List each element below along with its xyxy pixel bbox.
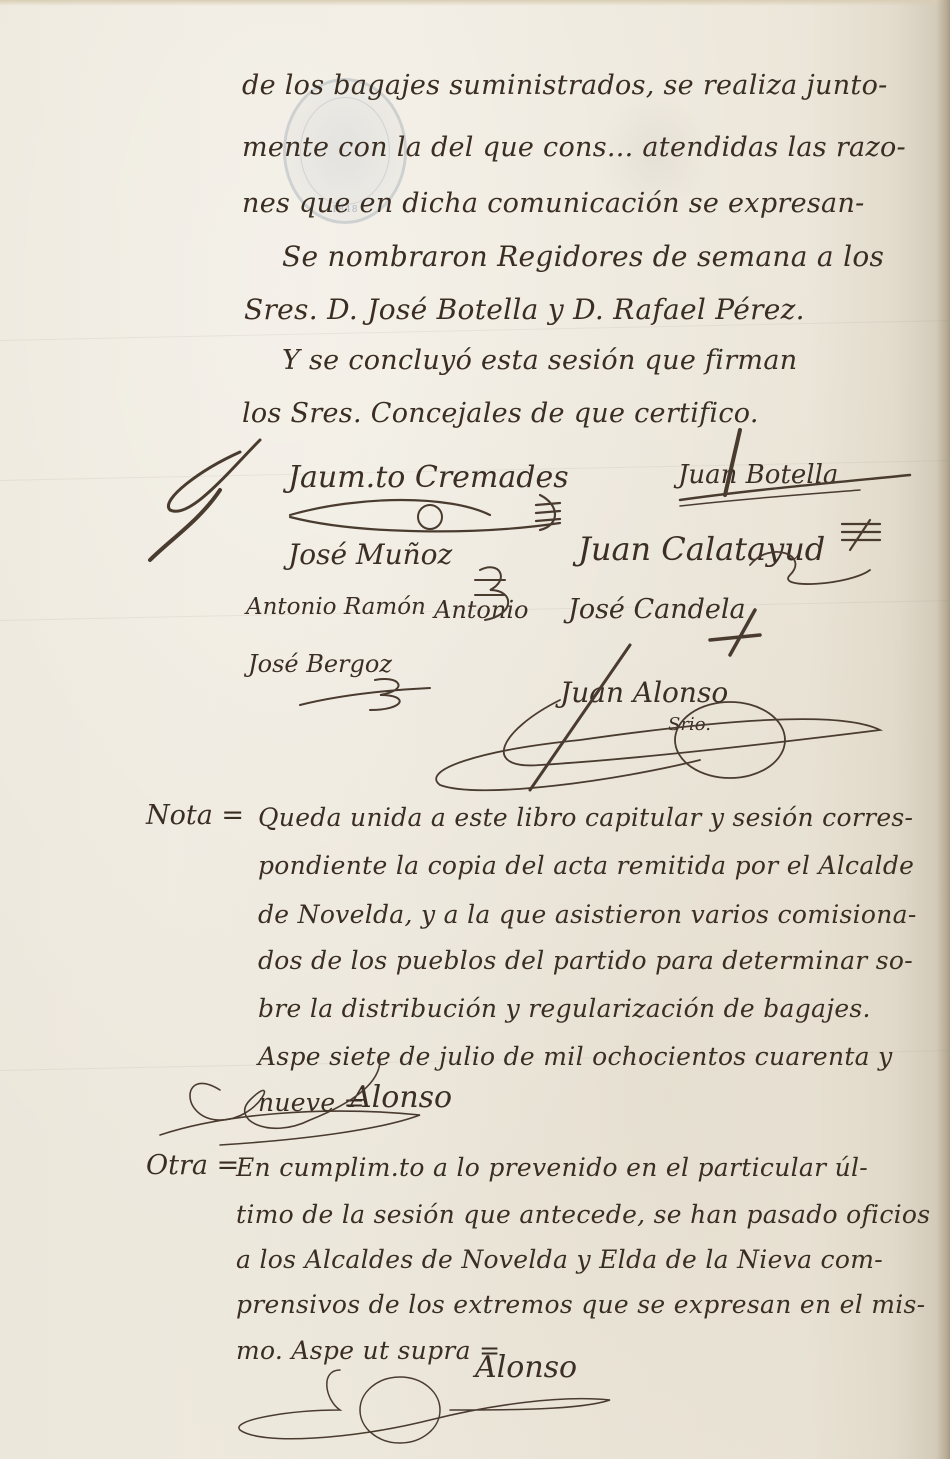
rubric-flourish-icon bbox=[460, 560, 540, 630]
body-line: Y se concluyó esta sesión que firman bbox=[282, 345, 797, 376]
rubric-flourish-icon bbox=[660, 420, 920, 510]
note-line: prensivos de los extremos que se expresa… bbox=[236, 1290, 925, 1319]
signature-flourish-icon bbox=[160, 1060, 460, 1150]
note-line: pondiente la copia del acta remitida por… bbox=[258, 851, 914, 880]
body-line: Se nombraron Regidores de semana a los bbox=[282, 240, 884, 273]
body-line: Sres. D. José Botella y D. Rafael Pérez. bbox=[244, 293, 805, 326]
rubric-flourish-icon bbox=[300, 660, 440, 720]
manuscript-page: 1848 de los bagajes suministrados, se re… bbox=[0, 0, 950, 1459]
note-line: a los Alcaldes de Novelda y Elda de la N… bbox=[236, 1245, 883, 1274]
rubric-flourish-icon bbox=[240, 495, 570, 545]
body-line: de los bagajes suministrados, se realiza… bbox=[242, 70, 888, 101]
note-line: dos de los pueblos del partido para dete… bbox=[258, 946, 913, 975]
body-line: mente con la del que cons... atendidas l… bbox=[242, 132, 906, 163]
margin-label-otra: Otra = bbox=[146, 1150, 239, 1181]
note-line: bre la distribución y regularización de … bbox=[258, 994, 871, 1023]
note-line: En cumplim.to a lo prevenido en el parti… bbox=[236, 1153, 868, 1182]
note-line: timo de la sesión que antecede, se han p… bbox=[236, 1200, 930, 1229]
signature-flourish-icon bbox=[420, 640, 890, 800]
binding-edge bbox=[936, 0, 950, 1459]
page-top-edge bbox=[0, 0, 950, 6]
rubric-flourish-icon bbox=[730, 510, 890, 590]
margin-label-nota: Nota = bbox=[146, 800, 244, 831]
signature-flourish-icon bbox=[230, 1350, 630, 1450]
note-line: de Novelda, y a la que asistieron varios… bbox=[258, 900, 917, 929]
body-line: nes que en dicha comunicación se expresa… bbox=[242, 188, 865, 219]
note-line: Queda unida a este libro capitular y ses… bbox=[258, 803, 913, 832]
signature: Antonio Ramón bbox=[246, 594, 426, 620]
